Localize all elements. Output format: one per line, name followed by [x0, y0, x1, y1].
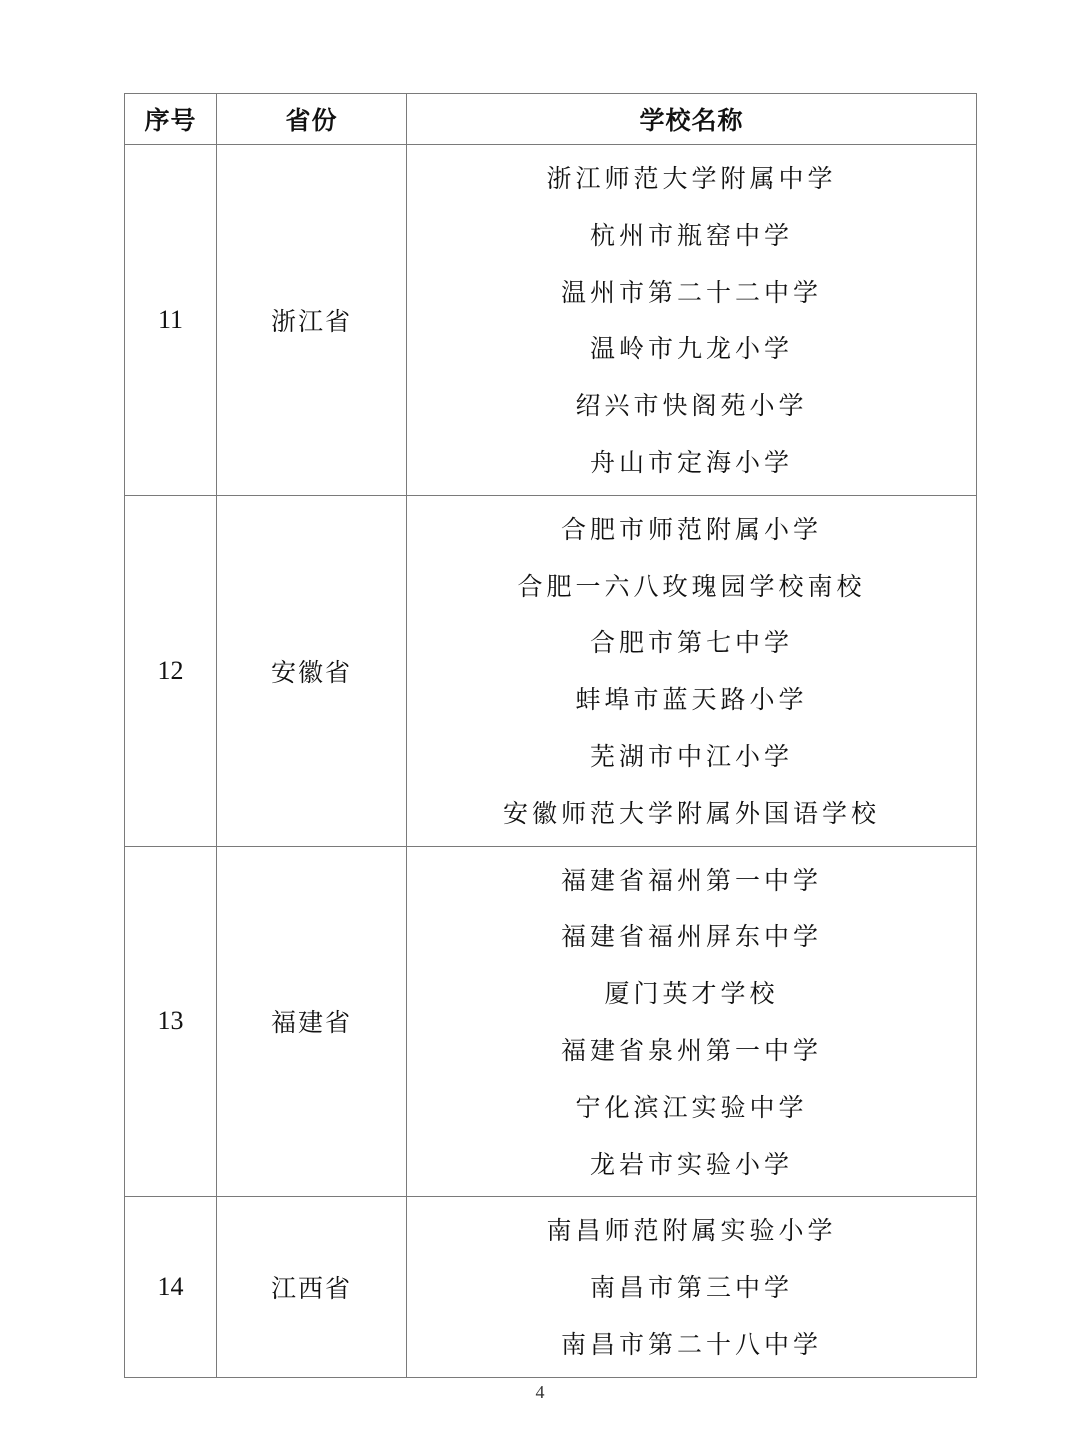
school-cell: 浙江师范大学附属中学 杭州市瓶窑中学 温州市第二十二中学 温岭市九龙小学 绍兴市… — [407, 145, 977, 496]
school-name: 福建省泉州第一中学 — [407, 1023, 976, 1080]
school-name: 南昌市第三中学 — [407, 1260, 976, 1317]
province-name: 浙江省 — [217, 145, 407, 496]
row-number: 13 — [125, 846, 217, 1197]
school-name: 南昌师范附属实验小学 — [407, 1203, 976, 1260]
school-name: 福建省福州第一中学 — [407, 853, 976, 910]
table-header-row: 序号 省份 学校名称 — [125, 94, 977, 145]
school-name: 安徽师范大学附属外国语学校 — [407, 786, 976, 843]
school-name: 厦门英才学校 — [407, 966, 976, 1023]
school-name: 绍兴市快阁苑小学 — [407, 378, 976, 435]
header-school: 学校名称 — [407, 94, 977, 145]
province-name: 福建省 — [217, 846, 407, 1197]
school-name: 芜湖市中江小学 — [407, 729, 976, 786]
school-name: 杭州市瓶窑中学 — [407, 208, 976, 265]
province-name: 安徽省 — [217, 495, 407, 846]
table-row: 13 福建省 福建省福州第一中学 福建省福州屏东中学 厦门英才学校 福建省泉州第… — [125, 846, 977, 1197]
province-name: 江西省 — [217, 1197, 407, 1377]
school-cell: 福建省福州第一中学 福建省福州屏东中学 厦门英才学校 福建省泉州第一中学 宁化滨… — [407, 846, 977, 1197]
table-row: 14 江西省 南昌师范附属实验小学 南昌市第三中学 南昌市第二十八中学 — [125, 1197, 977, 1377]
school-name: 合肥一六八玫瑰园学校南校 — [407, 559, 976, 616]
school-cell: 南昌师范附属实验小学 南昌市第三中学 南昌市第二十八中学 — [407, 1197, 977, 1377]
row-number: 14 — [125, 1197, 217, 1377]
school-name: 龙岩市实验小学 — [407, 1137, 976, 1194]
table-row: 12 安徽省 合肥市师范附属小学 合肥一六八玫瑰园学校南校 合肥市第七中学 蚌埠… — [125, 495, 977, 846]
table-row: 11 浙江省 浙江师范大学附属中学 杭州市瓶窑中学 温州市第二十二中学 温岭市九… — [125, 145, 977, 496]
school-name: 福建省福州屏东中学 — [407, 909, 976, 966]
school-name: 浙江师范大学附属中学 — [407, 151, 976, 208]
school-name: 温岭市九龙小学 — [407, 321, 976, 378]
school-name: 舟山市定海小学 — [407, 435, 976, 492]
header-no: 序号 — [125, 94, 217, 145]
school-cell: 合肥市师范附属小学 合肥一六八玫瑰园学校南校 合肥市第七中学 蚌埠市蓝天路小学 … — [407, 495, 977, 846]
school-name: 宁化滨江实验中学 — [407, 1080, 976, 1137]
school-name: 合肥市第七中学 — [407, 615, 976, 672]
school-list: 南昌师范附属实验小学 南昌市第三中学 南昌市第二十八中学 — [407, 1197, 976, 1376]
school-name: 南昌市第二十八中学 — [407, 1317, 976, 1374]
row-number: 11 — [125, 145, 217, 496]
school-name: 蚌埠市蓝天路小学 — [407, 672, 976, 729]
header-province: 省份 — [217, 94, 407, 145]
schools-table: 序号 省份 学校名称 11 浙江省 浙江师范大学附属中学 杭州市瓶窑中学 温州市… — [124, 93, 977, 1378]
page-number: 4 — [0, 1382, 1080, 1403]
row-number: 12 — [125, 495, 217, 846]
school-list: 浙江师范大学附属中学 杭州市瓶窑中学 温州市第二十二中学 温岭市九龙小学 绍兴市… — [407, 145, 976, 495]
school-list: 合肥市师范附属小学 合肥一六八玫瑰园学校南校 合肥市第七中学 蚌埠市蓝天路小学 … — [407, 496, 976, 846]
school-list: 福建省福州第一中学 福建省福州屏东中学 厦门英才学校 福建省泉州第一中学 宁化滨… — [407, 847, 976, 1197]
school-name: 合肥市师范附属小学 — [407, 502, 976, 559]
school-name: 温州市第二十二中学 — [407, 265, 976, 322]
